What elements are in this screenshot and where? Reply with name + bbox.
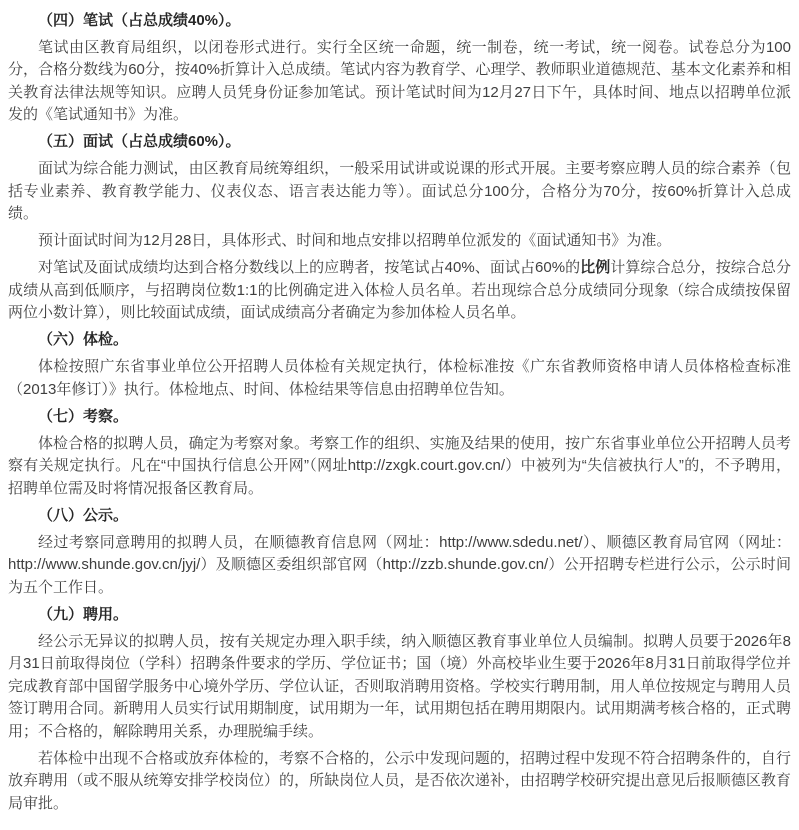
paragraph-employment-details: 经公示无异议的拟聘人员，按有关规定办理入职手续，纳入顺德区教育事业单位人员编制。… xyxy=(8,631,791,744)
paragraph-replacement-rules: 若体检中出现不合格或放弃体检的，考察不合格的，公示中发现问题的，招聘过程中发现不… xyxy=(8,748,791,816)
section-heading-interview: （五）面试（占总成绩60%）。 xyxy=(8,131,791,154)
paragraph-interview-schedule: 预计面试时间为12月28日，具体形式、时间和地点安排以招聘单位派发的《面试通知书… xyxy=(8,230,791,253)
paragraph-interview-details: 面试为综合能力测试，由区教育局统筹组织，一般采用试讲或说课的形式开展。主要考察应… xyxy=(8,158,791,226)
section-heading-written-test: （四）笔试（占总成绩40%）。 xyxy=(8,10,791,33)
paragraph-inspection-details: 体检合格的拟聘人员，确定为考察对象。考察工作的组织、实施及结果的使用，按广东省事… xyxy=(8,433,791,501)
paragraph-bold-text: 比例 xyxy=(580,259,610,276)
section-heading-inspection: （七）考察。 xyxy=(8,406,791,429)
paragraph-score-calculation: 对笔试及面试成绩均达到合格分数线以上的应聘者，按笔试占40%、面试占60%的比例… xyxy=(8,257,791,325)
section-heading-physical-exam: （六）体检。 xyxy=(8,329,791,352)
section-heading-public-notice: （八）公示。 xyxy=(8,505,791,528)
paragraph-written-test-details: 笔试由区教育局组织，以闭卷形式进行。实行全区统一命题，统一制卷，统一考试，统一阅… xyxy=(8,37,791,127)
paragraph-text: 对笔试及面试成绩均达到合格分数线以上的应聘者，按笔试占40%、面试占60%的 xyxy=(38,259,580,276)
paragraph-public-notice-details: 经过考察同意聘用的拟聘人员，在顺德教育信息网（网址：http://www.sde… xyxy=(8,532,791,600)
section-heading-employment: （九）聘用。 xyxy=(8,604,791,627)
document-body: （四）笔试（占总成绩40%）。 笔试由区教育局组织，以闭卷形式进行。实行全区统一… xyxy=(0,0,799,830)
paragraph-physical-exam-details: 体检按照广东省事业单位公开招聘人员体检有关规定执行，体检标准按《广东省教师资格申… xyxy=(8,356,791,401)
